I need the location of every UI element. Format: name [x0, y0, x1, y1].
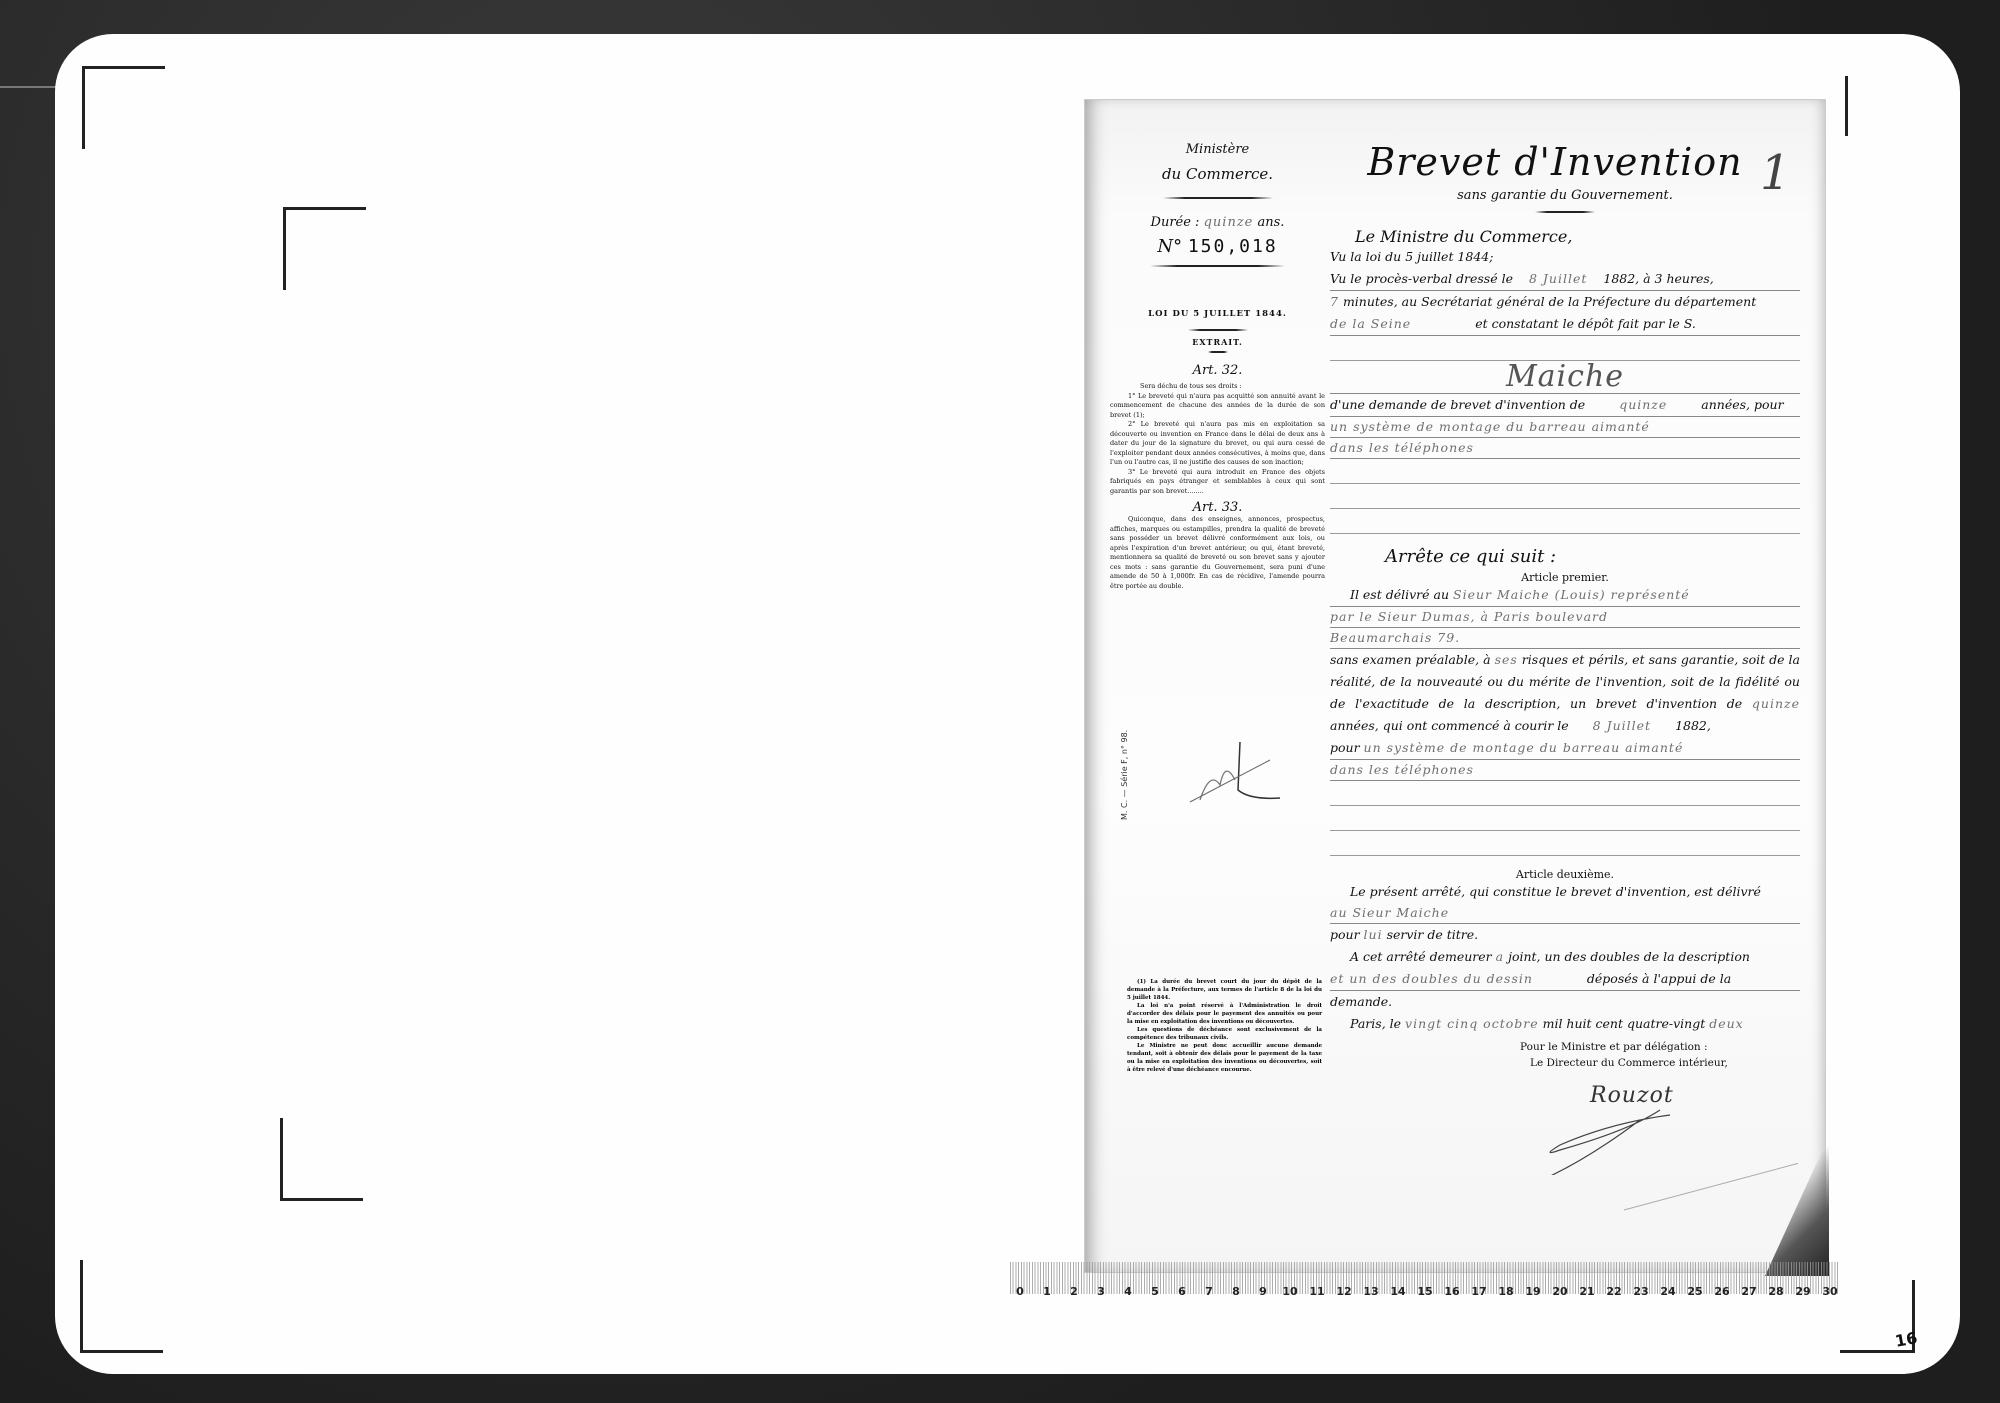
art1-object-row-1: pour un système de montage du barreau ai…	[1330, 737, 1800, 760]
extract-heading: EXTRAIT.	[1110, 337, 1325, 347]
document-title: Brevet d'Invention	[1310, 140, 1800, 184]
ruler-label: 14	[1390, 1285, 1405, 1298]
right-column-body: Brevet d'Invention sans garantie du Gouv…	[1330, 140, 1800, 1069]
object-text-1: un système de montage du barreau aimanté	[1330, 419, 1650, 434]
art2-lui: lui	[1364, 927, 1383, 942]
director-line: Le Directeur du Commerce intérieur,	[1330, 1057, 1800, 1069]
form-code: M. C. — Série F, n° 98.	[1120, 730, 1129, 820]
ruler-labels: 0 1 2 3 4 5 6 7 8 9 10 11 12 13 14 15 16…	[1010, 1285, 1840, 1305]
ruler-label: 22	[1606, 1285, 1621, 1298]
number-row: N° 150,018	[1110, 236, 1325, 257]
blank-line	[1330, 781, 1800, 806]
ruler-label: 12	[1336, 1285, 1351, 1298]
scan-artifact-line	[0, 86, 60, 88]
object-line-1: un système de montage du barreau aimanté	[1330, 417, 1800, 438]
ruler-label: 5	[1151, 1285, 1159, 1298]
object-text-2: dans les téléphones	[1330, 440, 1474, 455]
place-date-prefix: Paris, le	[1350, 1016, 1401, 1031]
art1-address: Beaumarchais 79.	[1330, 630, 1460, 645]
ruler-label: 1	[1043, 1285, 1051, 1298]
crop-mark-bottom-left-inner	[280, 1118, 363, 1201]
art32-para2: 2° Le breveté qui n'aura pas mis en expl…	[1110, 420, 1325, 468]
art1-pour: pour	[1330, 740, 1360, 755]
art1-date: 8 Juillet	[1593, 718, 1651, 733]
art1-row-1: Il est délivré au Sieur Maiche (Louis) r…	[1330, 584, 1800, 607]
blank-line	[1330, 509, 1800, 534]
art2-annex-prefix: A cet arrêté demeurer	[1350, 949, 1492, 964]
vu-pv-year: 1882, à 3 heures,	[1603, 271, 1713, 286]
art1-row-2: par le Sieur Dumas, à Paris boulevard	[1330, 607, 1800, 628]
divider	[1535, 211, 1595, 213]
art2-servir: servir de titre.	[1387, 927, 1479, 942]
minutes-row: 7 minutes, au Secrétariat général de la …	[1330, 291, 1800, 313]
footnote-2: La loi n'a point réservé à l'Administrat…	[1127, 1002, 1322, 1026]
ruler-label: 23	[1633, 1285, 1648, 1298]
ministry-line1: Ministère	[1110, 142, 1325, 157]
art33-para: Quiconque, dans des enseignes, annonces,…	[1110, 515, 1325, 591]
ruler-label: 8	[1232, 1285, 1240, 1298]
art2-title-row: pour lui servir de titre.	[1330, 924, 1800, 946]
art1-object-row-2: dans les téléphones	[1330, 760, 1800, 781]
art2-deposes: déposés à l'appui de la	[1587, 971, 1731, 986]
place-date-suffix: mil huit cent quatre-vingt	[1543, 1016, 1706, 1031]
object-line-2: dans les téléphones	[1330, 438, 1800, 459]
ruler-label: 19	[1525, 1285, 1540, 1298]
crop-mark-top-left-inner	[283, 207, 366, 290]
ruler-label: 4	[1124, 1285, 1132, 1298]
demande-years: quinze	[1619, 397, 1667, 412]
crop-mark-bottom-left-outer	[80, 1260, 163, 1353]
blank-line	[1330, 806, 1800, 831]
blank-line	[1330, 484, 1800, 509]
art32-para1: 1° Le breveté qui n'aura pas acquitté so…	[1110, 392, 1325, 421]
ruler-label: 11	[1309, 1285, 1324, 1298]
minutes-value: 7	[1330, 294, 1339, 309]
ruler-label: 3	[1097, 1285, 1105, 1298]
constatant-text: et constatant le dépôt fait par le S.	[1475, 316, 1696, 331]
ruler-label: 18	[1498, 1285, 1513, 1298]
ruler-label: 9	[1259, 1285, 1267, 1298]
minutes-text: minutes, au Secrétariat général de la Pr…	[1343, 294, 1756, 309]
blank-line	[1330, 336, 1800, 361]
art33-title: Art. 33.	[1110, 500, 1325, 515]
demande-row: d'une demande de brevet d'invention de q…	[1330, 394, 1800, 417]
blank-line	[1330, 459, 1800, 484]
art1-annees: années, qui ont commencé à courir le	[1330, 718, 1569, 733]
ruler-label: 24	[1660, 1285, 1675, 1298]
applicant-name: Maiche	[1506, 359, 1624, 394]
art1-recipient: Sieur Maiche (Louis) représenté	[1453, 587, 1690, 602]
art32-intro: Sera déchu de tous ses droits :	[1110, 382, 1325, 392]
ruler-label: 6	[1178, 1285, 1186, 1298]
art1-possessive: ses	[1495, 652, 1518, 667]
crop-mark-top-left-outer	[82, 66, 165, 149]
footnote-4: Le Ministre ne peut donc accueillir aucu…	[1127, 1042, 1322, 1074]
demande-prefix: d'une demande de brevet d'invention de	[1330, 397, 1585, 412]
duration-label: Durée :	[1151, 215, 1200, 230]
vu-pv-row: Vu le procès-verbal dressé le 8 Juillet …	[1330, 268, 1800, 291]
document-subtitle: sans garantie du Gouvernement.	[1330, 188, 1800, 203]
art1-object-2: dans les téléphones	[1330, 762, 1474, 777]
art1-body-prefix: sans examen préalable, à	[1330, 652, 1491, 667]
art2-deposes-row: et un des doubles du dessin déposés à l'…	[1330, 968, 1800, 991]
ruler-label: 0	[1016, 1285, 1024, 1298]
art1-row-3: Beaumarchais 79.	[1330, 628, 1800, 649]
page-number: 16	[1894, 1328, 1919, 1351]
place-date-year: deux	[1709, 1016, 1744, 1031]
art2-annex-hand: a	[1496, 949, 1504, 964]
demande-suffix: années, pour	[1701, 397, 1783, 412]
article1-title: Article premier.	[1330, 571, 1800, 584]
duration-value: quinze	[1204, 215, 1254, 230]
art2-pour: pour	[1330, 927, 1360, 942]
divider	[1163, 197, 1273, 199]
department-row: de la Seine et constatant le dépôt fait …	[1330, 313, 1800, 336]
ruler-label: 25	[1687, 1285, 1702, 1298]
art1-representative: par le Sieur Dumas, à Paris boulevard	[1330, 609, 1608, 624]
duration-row: Durée : quinze ans.	[1110, 215, 1325, 230]
ruler-label: 20	[1552, 1285, 1567, 1298]
ruler-label: 10	[1282, 1285, 1297, 1298]
art1-body: sans examen préalable, à ses risques et …	[1330, 649, 1800, 737]
initials-paraph	[1180, 740, 1280, 810]
department-value: de la Seine	[1330, 316, 1411, 331]
footnote-1: (1) La durée du brevet court du jour du …	[1127, 978, 1322, 1002]
art2-demande: demande.	[1330, 991, 1800, 1013]
ruler-label: 15	[1417, 1285, 1432, 1298]
ruler-label: 2	[1070, 1285, 1078, 1298]
ruler-label: 26	[1714, 1285, 1729, 1298]
ministry-line2: du Commerce.	[1110, 165, 1325, 183]
art2-recipient-row: au Sieur Maiche	[1330, 903, 1800, 924]
signature-text: Rouzot	[1590, 1083, 1674, 1108]
patent-number: 150,018	[1188, 236, 1278, 257]
ruler-label: 21	[1579, 1285, 1594, 1298]
art1-prefix: Il est délivré au	[1330, 587, 1449, 602]
ruler-label: 16	[1444, 1285, 1459, 1298]
article2-title: Article deuxième.	[1330, 868, 1800, 881]
footnotes: (1) La durée du brevet court du jour du …	[1127, 978, 1322, 1074]
place-date-hand: vingt cinq octobre	[1405, 1016, 1539, 1031]
duration-unit: ans.	[1258, 215, 1285, 230]
art1-object-1: un système de montage du barreau aimanté	[1364, 740, 1684, 755]
ruler-label: 29	[1795, 1285, 1810, 1298]
minister-heading: Le Ministre du Commerce,	[1330, 227, 1800, 246]
art32-para3: 3° Le breveté qui aura introduit en Fran…	[1110, 468, 1325, 497]
divider	[1208, 351, 1228, 353]
art2-annex-drawing: et un des doubles du dessin	[1330, 971, 1533, 986]
ruler-label: 17	[1471, 1285, 1486, 1298]
footnote-3: Les questions de déchéance sont exclusiv…	[1127, 1026, 1322, 1042]
arrete-heading: Arrête ce qui suit :	[1330, 546, 1800, 567]
law-heading: LOI DU 5 JUILLET 1844.	[1110, 309, 1325, 319]
art1-years: quinze	[1752, 696, 1800, 711]
art2-recipient: au Sieur Maiche	[1330, 905, 1449, 920]
blank-line	[1330, 831, 1800, 856]
ruler-label: 30	[1822, 1285, 1837, 1298]
delegation-line: Pour le Ministre et par délégation :	[1330, 1041, 1800, 1053]
divider	[1150, 265, 1285, 267]
art2-annex-row: A cet arrêté demeurer a joint, un des do…	[1330, 946, 1800, 968]
number-label: N°	[1157, 236, 1182, 257]
ruler-label: 7	[1205, 1285, 1213, 1298]
director-signature: Rouzot	[1520, 1075, 1720, 1175]
vu-pv-prefix: Vu le procès-verbal dressé le	[1330, 271, 1513, 286]
left-column-header: Ministère du Commerce. Durée : quinze an…	[1110, 120, 1325, 591]
art2-annex-text: joint, un des doubles de la description	[1508, 949, 1750, 964]
place-date-row: Paris, le vingt cinq octobre mil huit ce…	[1330, 1013, 1800, 1035]
ruler-label: 13	[1363, 1285, 1378, 1298]
vu-loi: Vu la loi du 5 juillet 1844;	[1330, 246, 1800, 268]
ruler-label: 27	[1741, 1285, 1756, 1298]
ruler-label: 28	[1768, 1285, 1783, 1298]
crop-mark-top-right	[1845, 76, 1848, 136]
applicant-row: Maiche	[1330, 361, 1800, 394]
art2-text: Le présent arrêté, qui constitue le brev…	[1330, 881, 1800, 903]
divider	[1188, 329, 1248, 331]
art32-title: Art. 32.	[1110, 363, 1325, 378]
vu-pv-date: 8 Juillet	[1529, 271, 1587, 286]
art1-year: 1882,	[1675, 718, 1711, 733]
